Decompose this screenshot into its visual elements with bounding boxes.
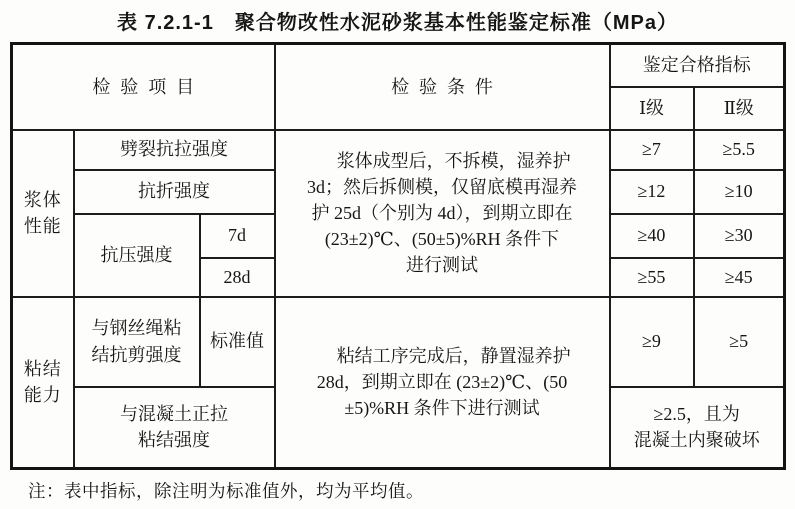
grade2-value-wire-rope: ≥5 <box>694 297 785 387</box>
grade1-value-wire-rope: ≥9 <box>610 297 694 387</box>
header-cell-conditions: 检验条件 <box>275 44 610 130</box>
grade1-value-flexural: ≥12 <box>610 170 694 214</box>
grade2-value-compressive-28d: ≥45 <box>694 258 785 297</box>
grade2-value-split-tensile: ≥5.5 <box>694 130 785 170</box>
item-cell-split-tensile: 劈裂抗拉强度 <box>74 130 275 170</box>
category-cell-slurry: 浆体 性能 <box>12 130 74 297</box>
grade1-value-compressive-7d: ≥40 <box>610 214 694 258</box>
grade-combined-value-concrete: ≥2.5，且为 混凝土内聚破坏 <box>610 387 785 469</box>
document-page: 表 7.2.1-1 聚合物改性水泥砂浆基本性能鉴定标准（MPa） 检验项目 检验… <box>0 0 795 509</box>
condition-cell-bond: 粘结工序完成后，静置湿养护 28d，到期立即在 (23±2)℃、(50 ±5)%… <box>275 297 610 469</box>
sub-cell-standard-value: 标准值 <box>200 297 275 387</box>
grade2-value-flexural: ≥10 <box>694 170 785 214</box>
header-cell-criteria: 鉴定合格指标 <box>610 44 785 87</box>
header-cell-items: 检验项目 <box>12 44 275 130</box>
header-cell-grade-1: Ⅰ级 <box>610 87 694 130</box>
category-cell-bond: 粘结 能力 <box>12 297 74 469</box>
page-title: 表 7.2.1-1 聚合物改性水泥砂浆基本性能鉴定标准（MPa） <box>0 6 795 35</box>
grade2-value-compressive-7d: ≥30 <box>694 214 785 258</box>
item-cell-flexural: 抗折强度 <box>74 170 275 214</box>
standards-table: 检验项目 检验条件 鉴定合格指标 Ⅰ级 Ⅱ级 浆体 性能 劈裂抗拉强度 浆体成型… <box>10 42 786 470</box>
condition-cell-slurry: 浆体成型后，不拆模，湿养护 3d；然后拆侧模，仅留底模再湿养 护 25d（个别为… <box>275 130 610 297</box>
sub-cell-28d: 28d <box>200 258 275 297</box>
sub-cell-7d: 7d <box>200 214 275 258</box>
item-cell-concrete-tensile-bond: 与混凝土正拉 粘结强度 <box>74 387 275 469</box>
item-cell-wire-rope-shear: 与钢丝绳粘 结抗剪强度 <box>74 297 200 387</box>
grade1-value-split-tensile: ≥7 <box>610 130 694 170</box>
footnote: 注：表中指标，除注明为标准值外，均为平均值。 <box>28 478 424 503</box>
item-cell-compressive: 抗压强度 <box>74 214 200 297</box>
grade1-value-compressive-28d: ≥55 <box>610 258 694 297</box>
header-cell-grade-2: Ⅱ级 <box>694 87 785 130</box>
